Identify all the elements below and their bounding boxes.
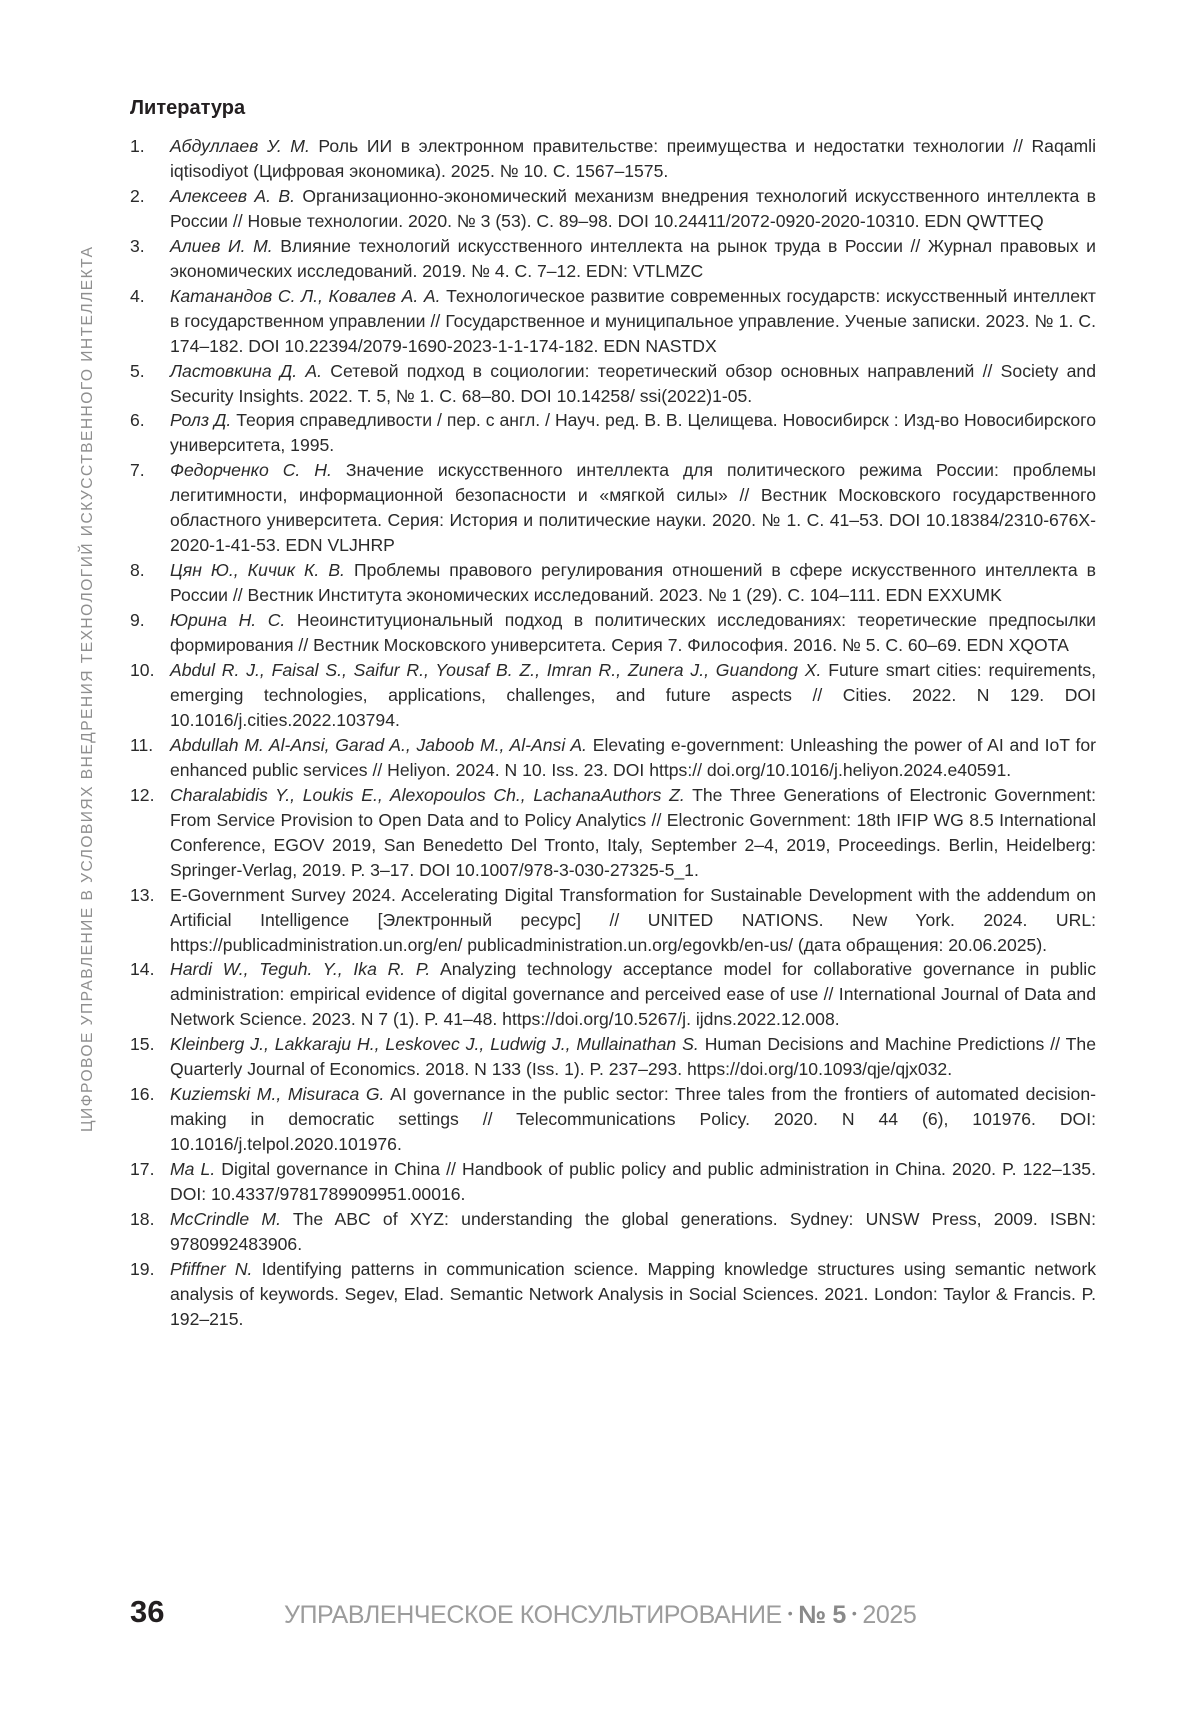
references-section: Литература 1.Абдуллаев У. М. Роль ИИ в э… [130, 96, 1096, 1332]
reference-body: Charalabidis Y., Loukis E., Alexopoulos … [170, 785, 1096, 880]
separator-dot-icon: • [782, 1605, 799, 1621]
reference-number: 12. [130, 783, 154, 808]
reference-authors: Kuziemski M., Misuraca G. [170, 1084, 384, 1104]
reference-authors: Charalabidis Y., Loukis E., Alexopoulos … [170, 785, 685, 805]
reference-authors: Abdul R. J., Faisal S., Saifur R., Yousa… [170, 660, 821, 680]
reference-number: 14. [130, 957, 154, 982]
reference-text: Теория справедливости / пер. с англ. / Н… [170, 410, 1096, 455]
reference-number: 1. [130, 134, 145, 159]
reference-item: 16.Kuziemski M., Misuraca G. AI governan… [130, 1082, 1096, 1157]
reference-authors: Федорченко С. Н. [170, 460, 332, 480]
reference-text: Организационно-экономический механизм вн… [170, 186, 1096, 231]
reference-number: 15. [130, 1032, 154, 1057]
reference-body: Алиев И. М. Влияние технологий искусстве… [170, 236, 1096, 281]
reference-item: 13.E-Government Survey 2024. Acceleratin… [130, 883, 1096, 958]
reference-number: 2. [130, 184, 145, 209]
reference-number: 19. [130, 1257, 154, 1282]
reference-item: 3.Алиев И. М. Влияние технологий искусст… [130, 234, 1096, 284]
reference-number: 13. [130, 883, 154, 908]
reference-item: 9.Юрина Н. С. Неоинституциональный подхо… [130, 608, 1096, 658]
reference-number: 6. [130, 408, 145, 433]
reference-item: 15.Kleinberg J., Lakkaraju H., Leskovec … [130, 1032, 1096, 1082]
reference-text: Digital governance in China // Handbook … [170, 1159, 1096, 1204]
reference-authors: Ma L. [170, 1159, 215, 1179]
page-footer: 36 УПРАВЛЕНЧЕСКОЕ КОНСУЛЬТИРОВАНИЕ•№ 5•2… [130, 1594, 1110, 1630]
reference-body: Ролз Д. Теория справедливости / пер. с а… [170, 410, 1096, 455]
reference-authors: Алиев И. М. [170, 236, 273, 256]
reference-body: Kleinberg J., Lakkaraju H., Leskovec J.,… [170, 1034, 1096, 1079]
reference-number: 18. [130, 1207, 154, 1232]
reference-number: 3. [130, 234, 145, 259]
reference-authors: Hardi W., Teguh. Y., Ika R. P. [170, 959, 430, 979]
reference-authors: McCrindle M. [170, 1209, 281, 1229]
reference-body: Цян Ю., Кичик К. В. Проблемы правового р… [170, 560, 1096, 605]
reference-item: 19.Pfiffner N. Identifying patterns in c… [130, 1257, 1096, 1332]
reference-authors: Pfiffner N. [170, 1259, 252, 1279]
reference-item: 18.McCrindle M. The ABC of XYZ: understa… [130, 1207, 1096, 1257]
reference-body: Ластовкина Д. А. Сетевой подход в социол… [170, 361, 1096, 406]
reference-number: 17. [130, 1157, 154, 1182]
reference-text: E-Government Survey 2024. Accelerating D… [170, 885, 1096, 955]
reference-text: Неоинституциональный подход в политическ… [170, 610, 1096, 655]
reference-body: Abdul R. J., Faisal S., Saifur R., Yousa… [170, 660, 1096, 730]
reference-item: 5.Ластовкина Д. А. Сетевой подход в соци… [130, 359, 1096, 409]
reference-number: 8. [130, 558, 145, 583]
reference-body: McCrindle M. The ABC of XYZ: understandi… [170, 1209, 1096, 1254]
reference-body: Алексеев А. В. Организационно-экономичес… [170, 186, 1096, 231]
reference-list: 1.Абдуллаев У. М. Роль ИИ в электронном … [130, 134, 1096, 1332]
reference-authors: Юрина Н. С. [170, 610, 285, 630]
reference-body: Abdullah M. Al-Ansi, Garad A., Jaboob M.… [170, 735, 1096, 780]
reference-body: Катанандов С. Л., Ковалев А. А. Технолог… [170, 286, 1096, 356]
reference-body: Pfiffner N. Identifying patterns in comm… [170, 1259, 1096, 1329]
reference-item: 7.Федорченко С. Н. Значение искусственно… [130, 458, 1096, 558]
reference-item: 6.Ролз Д. Теория справедливости / пер. с… [130, 408, 1096, 458]
reference-text: Влияние технологий искусственного интелл… [170, 236, 1096, 281]
reference-authors: Алексеев А. В. [170, 186, 295, 206]
reference-number: 9. [130, 608, 145, 633]
reference-number: 7. [130, 458, 145, 483]
reference-body: Kuziemski M., Misuraca G. AI governance … [170, 1084, 1096, 1154]
reference-number: 11. [130, 733, 153, 758]
issue-year: 2025 [862, 1601, 916, 1629]
reference-item: 2.Алексеев А. В. Организационно-экономич… [130, 184, 1096, 234]
reference-text: Identifying patterns in communication sc… [170, 1259, 1096, 1329]
reference-authors: Kleinberg J., Lakkaraju H., Leskovec J.,… [170, 1034, 699, 1054]
reference-authors: Ролз Д. [170, 410, 231, 430]
reference-number: 5. [130, 359, 145, 384]
reference-number: 16. [130, 1082, 154, 1107]
reference-text: The ABC of XYZ: understanding the global… [170, 1209, 1096, 1254]
reference-number: 4. [130, 284, 145, 309]
reference-item: 1.Абдуллаев У. М. Роль ИИ в электронном … [130, 134, 1096, 184]
reference-authors: Abdullah M. Al-Ansi, Garad A., Jaboob M.… [170, 735, 587, 755]
running-section-title: ЦИФРОВОЕ УПРАВЛЕНИЕ В УСЛОВИЯХ ВНЕДРЕНИЯ… [80, 246, 96, 1132]
journal-name: УПРАВЛЕНЧЕСКОЕ КОНСУЛЬТИРОВАНИЕ [284, 1601, 782, 1629]
separator-dot-icon: • [846, 1605, 863, 1621]
reference-authors: Абдуллаев У. М. [170, 136, 310, 156]
reference-number: 10. [130, 658, 154, 683]
reference-authors: Ластовкина Д. А. [170, 361, 322, 381]
reference-item: 11.Abdullah M. Al-Ansi, Garad A., Jaboob… [130, 733, 1096, 783]
reference-item: 10.Abdul R. J., Faisal S., Saifur R., Yo… [130, 658, 1096, 733]
journal-running-title: УПРАВЛЕНЧЕСКОЕ КОНСУЛЬТИРОВАНИЕ•№ 5•2025 [284, 1597, 916, 1631]
reference-authors: Цян Ю., Кичик К. В. [170, 560, 345, 580]
reference-text: Роль ИИ в электронном правительстве: пре… [170, 136, 1096, 181]
reference-item: 8.Цян Ю., Кичик К. В. Проблемы правового… [130, 558, 1096, 608]
reference-body: Hardi W., Teguh. Y., Ika R. P. Analyzing… [170, 959, 1096, 1029]
references-heading: Литература [130, 96, 1096, 120]
reference-body: Ma L. Digital governance in China // Han… [170, 1159, 1096, 1204]
reference-item: 17.Ma L. Digital governance in China // … [130, 1157, 1096, 1207]
page-number: 36 [130, 1594, 164, 1630]
reference-body: Федорченко С. Н. Значение искусственного… [170, 460, 1096, 555]
reference-body: Юрина Н. С. Неоинституциональный подход … [170, 610, 1096, 655]
reference-item: 12.Charalabidis Y., Loukis E., Alexopoul… [130, 783, 1096, 883]
reference-item: 14.Hardi W., Teguh. Y., Ika R. P. Analyz… [130, 957, 1096, 1032]
issue-number: № 5 [798, 1601, 846, 1629]
reference-authors: Катанандов С. Л., Ковалев А. А. [170, 286, 440, 306]
reference-item: 4.Катанандов С. Л., Ковалев А. А. Технол… [130, 284, 1096, 359]
reference-body: Абдуллаев У. М. Роль ИИ в электронном пр… [170, 136, 1096, 181]
reference-body: E-Government Survey 2024. Accelerating D… [170, 885, 1096, 955]
